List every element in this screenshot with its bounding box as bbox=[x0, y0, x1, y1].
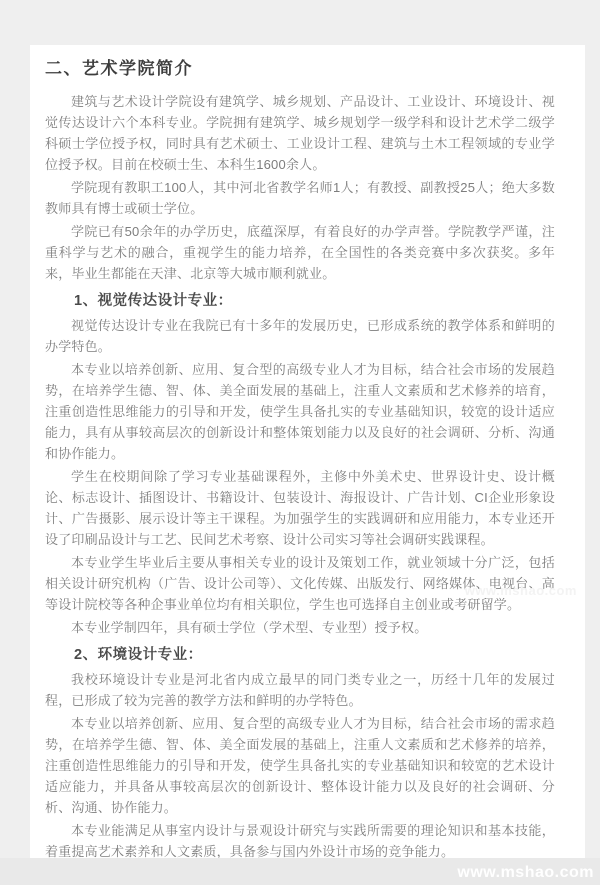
section-paragraph: 学生在校期间除了学习专业基础课程外，主修中外美术史、世界设计史、设计概论、标志设… bbox=[45, 466, 555, 550]
footer-strip: www.mshao.com bbox=[0, 858, 600, 885]
page-title: 二、艺术学院简介 bbox=[45, 57, 555, 81]
section-paragraph: 本专业以培养创新、应用、复合型的高级专业人才为目标，结合社会市场的发展趋势，在培… bbox=[45, 359, 555, 464]
intro-paragraph: 建筑与艺术设计学院设有建筑学、城乡规划、产品设计、工业设计、环境设计、视觉传达设… bbox=[45, 91, 555, 175]
intro-paragraph: 学院现有教职工100人，其中河北省教学名师1人；有教授、副教授25人；绝大多数教… bbox=[45, 177, 555, 219]
section-paragraph: 我校环境设计专业是河北省内成立最早的同门类专业之一，历经十几年的发展过程，已形成… bbox=[45, 669, 555, 711]
section-paragraph: 视觉传达设计专业在我院已有十多年的发展历史，已形成系统的教学体系和鲜明的办学特色… bbox=[45, 315, 555, 357]
intro-paragraph: 学院已有50余年的办学历史，底蕴深厚，有着良好的办学声誉。学院教学严谨，注重科学… bbox=[45, 221, 555, 284]
watermark: www.mshao.com bbox=[457, 864, 594, 882]
section-paragraph: 本专业能满足从事室内设计与景观设计研究与实践所需要的理论知识和基本技能，着重提高… bbox=[45, 820, 555, 858]
article-card: 二、艺术学院简介 建筑与艺术设计学院设有建筑学、城乡规划、产品设计、工业设计、环… bbox=[30, 45, 585, 858]
section-paragraph: 本专业以培养创新、应用、复合型的高级专业人才为目标，结合社会市场的需求趋势，在培… bbox=[45, 713, 555, 818]
section-paragraph: 本专业学制四年，具有硕士学位（学术型、专业型）授予权。 bbox=[45, 617, 555, 638]
section-heading-environment-design: 2、环境设计专业： bbox=[45, 645, 555, 666]
watermark-faint: www.mshao.com bbox=[465, 583, 577, 598]
section-heading-visual-communication: 1、视觉传达设计专业： bbox=[45, 291, 555, 312]
